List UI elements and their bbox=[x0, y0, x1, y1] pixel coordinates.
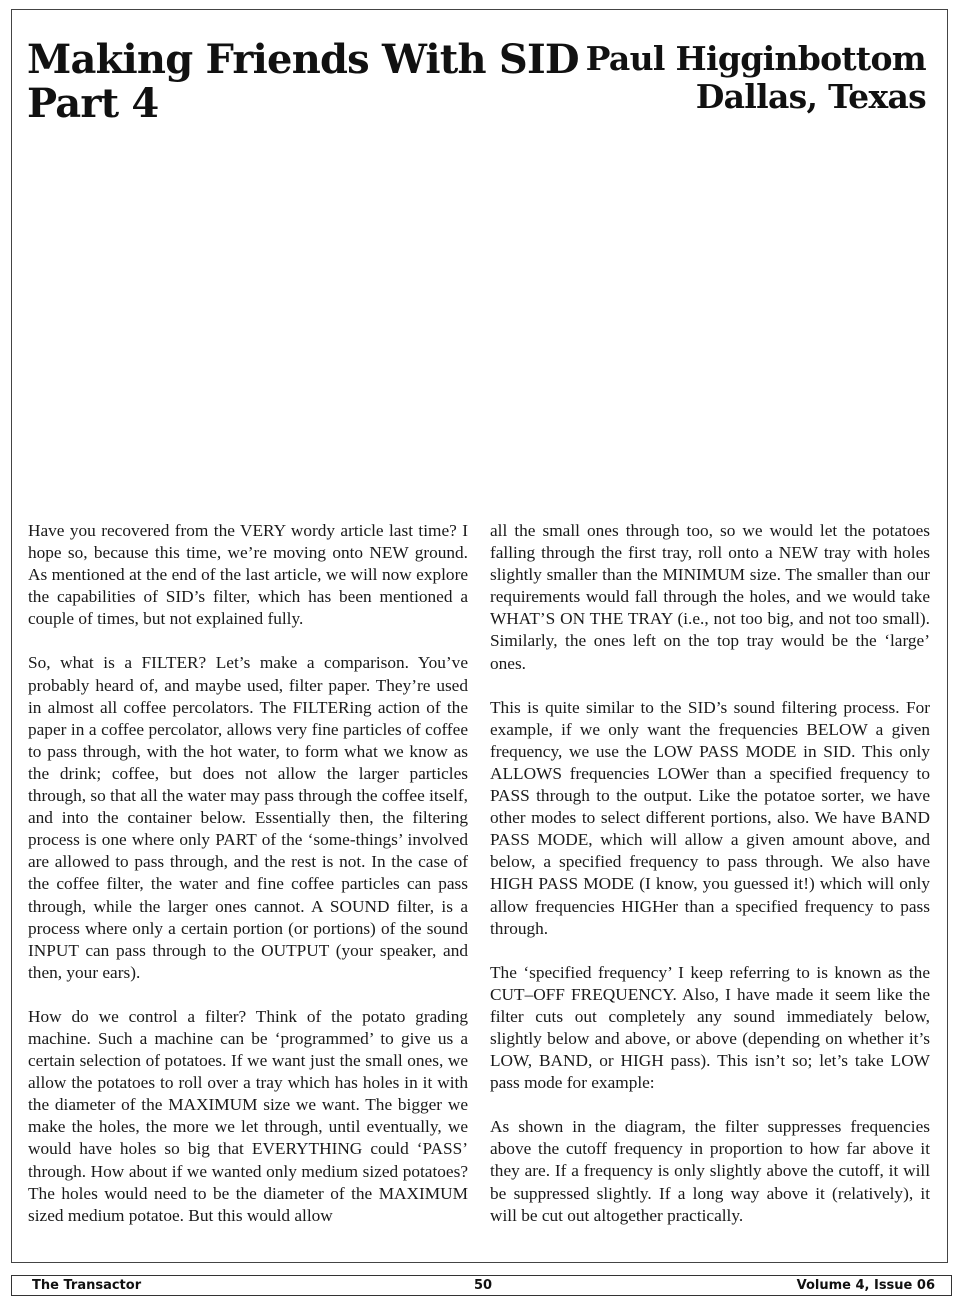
byline: Paul Higginbottom Dallas, Texas bbox=[546, 40, 926, 116]
paragraph: This is quite similar to the SID’s sound… bbox=[490, 697, 930, 940]
page-footer: The Transactor 50 Volume 4, Issue 06 bbox=[11, 1275, 952, 1296]
author-location: Dallas, Texas bbox=[546, 78, 926, 116]
right-column: all the small ones through too, so we wo… bbox=[490, 520, 930, 1249]
paragraph: Have you recovered from the VERY wordy a… bbox=[28, 520, 468, 630]
paragraph: The ‘specified frequency’ I keep referri… bbox=[490, 962, 930, 1095]
author-name: Paul Higginbottom bbox=[546, 40, 926, 78]
page-number: 50 bbox=[474, 1277, 492, 1295]
left-column: Have you recovered from the VERY wordy a… bbox=[28, 520, 468, 1249]
article-title: Making Friends With SID Part 4 bbox=[27, 38, 587, 126]
paragraph: all the small ones through too, so we wo… bbox=[490, 520, 930, 675]
publication-name: The Transactor bbox=[32, 1277, 141, 1295]
issue-label: Volume 4, Issue 06 bbox=[797, 1277, 935, 1295]
title-line: Making Friends With SID bbox=[27, 38, 587, 82]
blank-figure-area bbox=[26, 140, 931, 510]
title-line: Part 4 bbox=[27, 82, 587, 126]
paragraph: How do we control a filter? Think of the… bbox=[28, 1006, 468, 1227]
paragraph: So, what is a FILTER? Let’s make a compa… bbox=[28, 652, 468, 983]
paragraph: As shown in the diagram, the filter supp… bbox=[490, 1116, 930, 1226]
